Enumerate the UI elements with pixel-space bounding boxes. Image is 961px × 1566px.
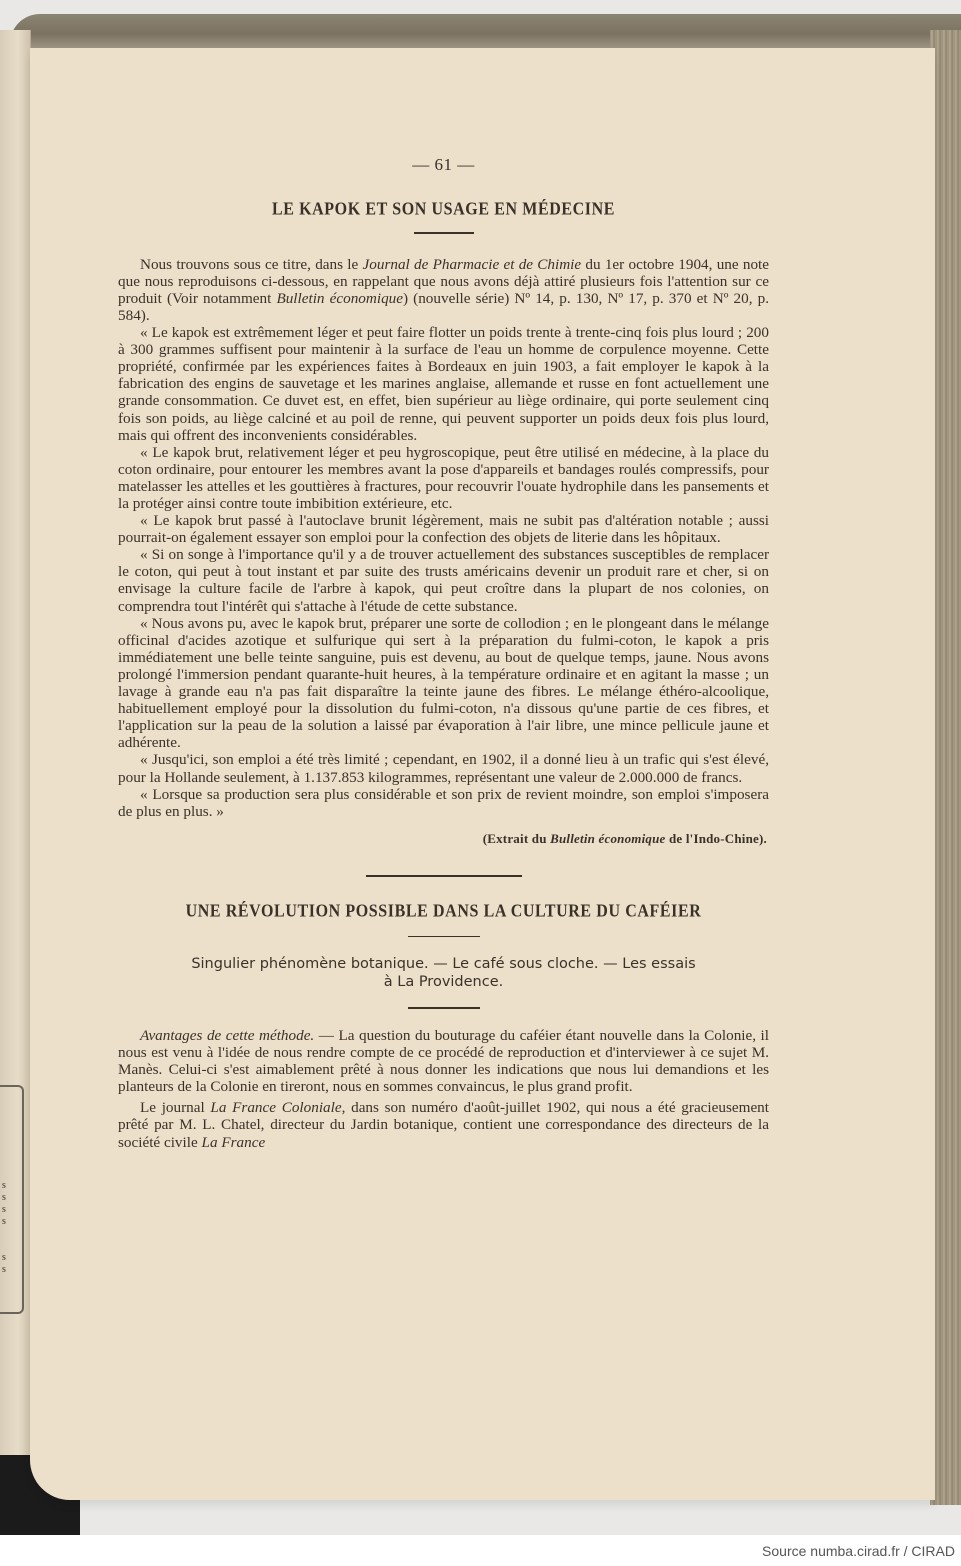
article-subtitle: Singulier phénomène botanique. — Le café… [118,955,769,991]
kapok-paragraph: « Le kapok brut, relativement léger et p… [118,444,769,512]
title-divider [414,232,474,234]
kapok-paragraph: « Le kapok est extrêmement léger et peut… [118,324,769,444]
section-divider [366,875,522,877]
page-number: — 61 — [118,156,769,173]
article-title-kapok: LE KAPOK ET SON USAGE EN MÉDECINE [118,200,769,219]
source-citation: (Extrait du Bulletin économique de l'Ind… [118,830,769,847]
kapok-paragraph: « Jusqu'ici, son emploi a été très limit… [118,751,769,785]
kapok-paragraph: « Le kapok brut passé à l'autoclave brun… [118,512,769,546]
kapok-paragraph: « Lorsque sa production sera plus consid… [118,786,769,820]
kapok-paragraph: « Nous avons pu, avec le kapok brut, pré… [118,615,769,752]
page-content: — 61 — LE KAPOK ET SON USAGE EN MÉDECINE… [118,156,769,1151]
cafeier-paragraph: Avantages de cette méthode. — La questio… [118,1027,769,1095]
source-credit: Source numba.cirad.fr / CIRAD [762,1543,955,1559]
kapok-intro-paragraph: Nous trouvons sous ce titre, dans le Jou… [118,256,769,324]
book-binding-top [10,14,961,50]
article-title-cafeier: UNE RÉVOLUTION POSSIBLE DANS LA CULTURE … [118,902,769,921]
subtitle-divider [408,1007,480,1009]
kapok-paragraph: « Si on songe à l'importance qu'il y a d… [118,546,769,614]
title-divider [408,936,480,938]
left-page-letters: s s s s s s [2,1180,6,1276]
cafeier-paragraph: Le journal La France Coloniale, dans son… [118,1099,769,1150]
